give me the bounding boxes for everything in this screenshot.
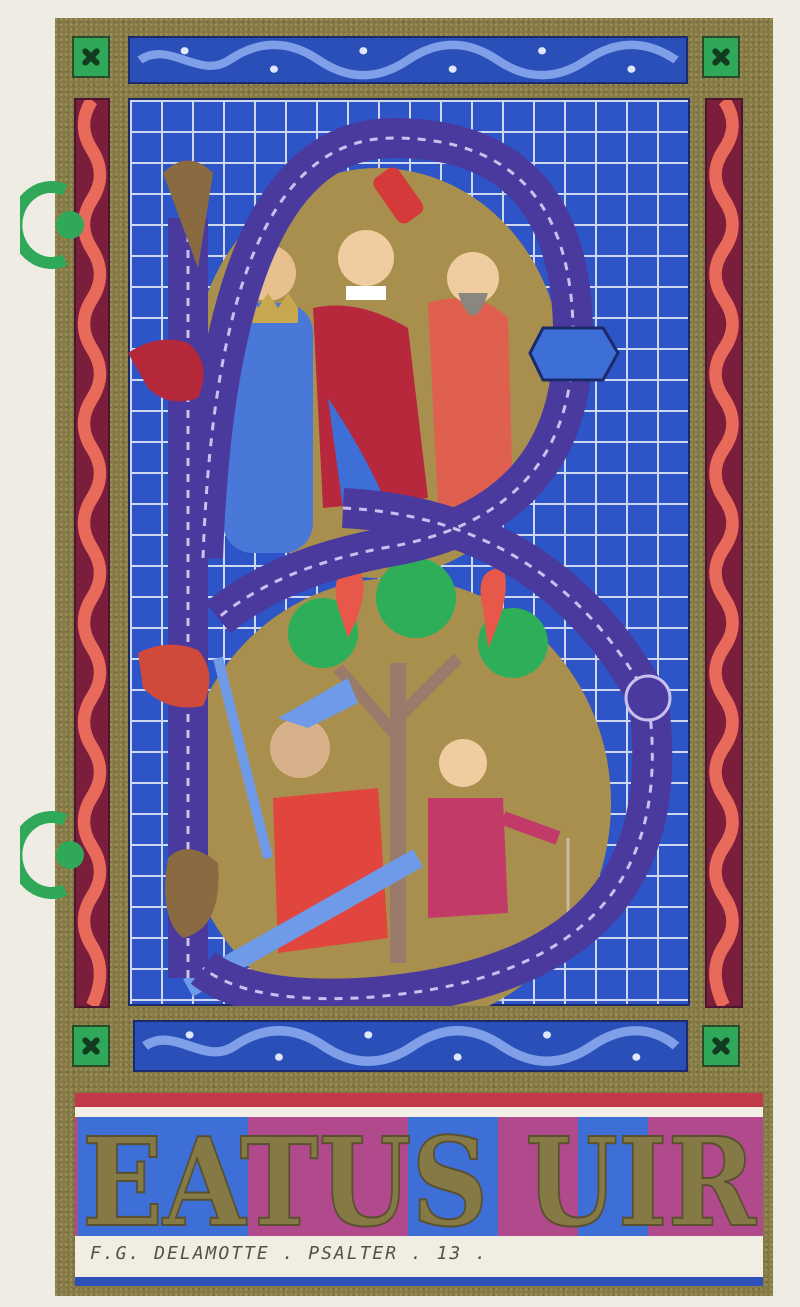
dragon-head-upper [128,340,204,402]
red-rule [75,1093,763,1107]
blue-rule [75,1277,763,1286]
corner-ornament-top-right [702,36,740,78]
gold-lettering: EATUS UIR [78,1117,760,1236]
lettering-text: EATUS UIR [82,1117,757,1236]
green-scroll-clasp-lower [20,810,90,900]
right-interlace-border [705,98,743,1008]
corner-ornament-bottom-left [72,1025,110,1067]
historiated-initial-b [128,98,690,1006]
bottom-vine-border [133,1020,688,1072]
letter-boss-lower [626,676,670,720]
corner-ornament-top-left [72,36,110,78]
corner-ornament-bottom-right [702,1025,740,1067]
acanthus-terminal-bottom [165,849,218,938]
artist-caption: F.G. DELAMOTTE . PSALTER . 13 . [90,1243,488,1264]
dragon-head-lower [138,645,209,708]
white-rule [75,1107,763,1117]
top-vine-border [128,36,688,84]
letter-boss-upper [530,328,618,380]
green-scroll-clasp-upper [20,180,90,270]
